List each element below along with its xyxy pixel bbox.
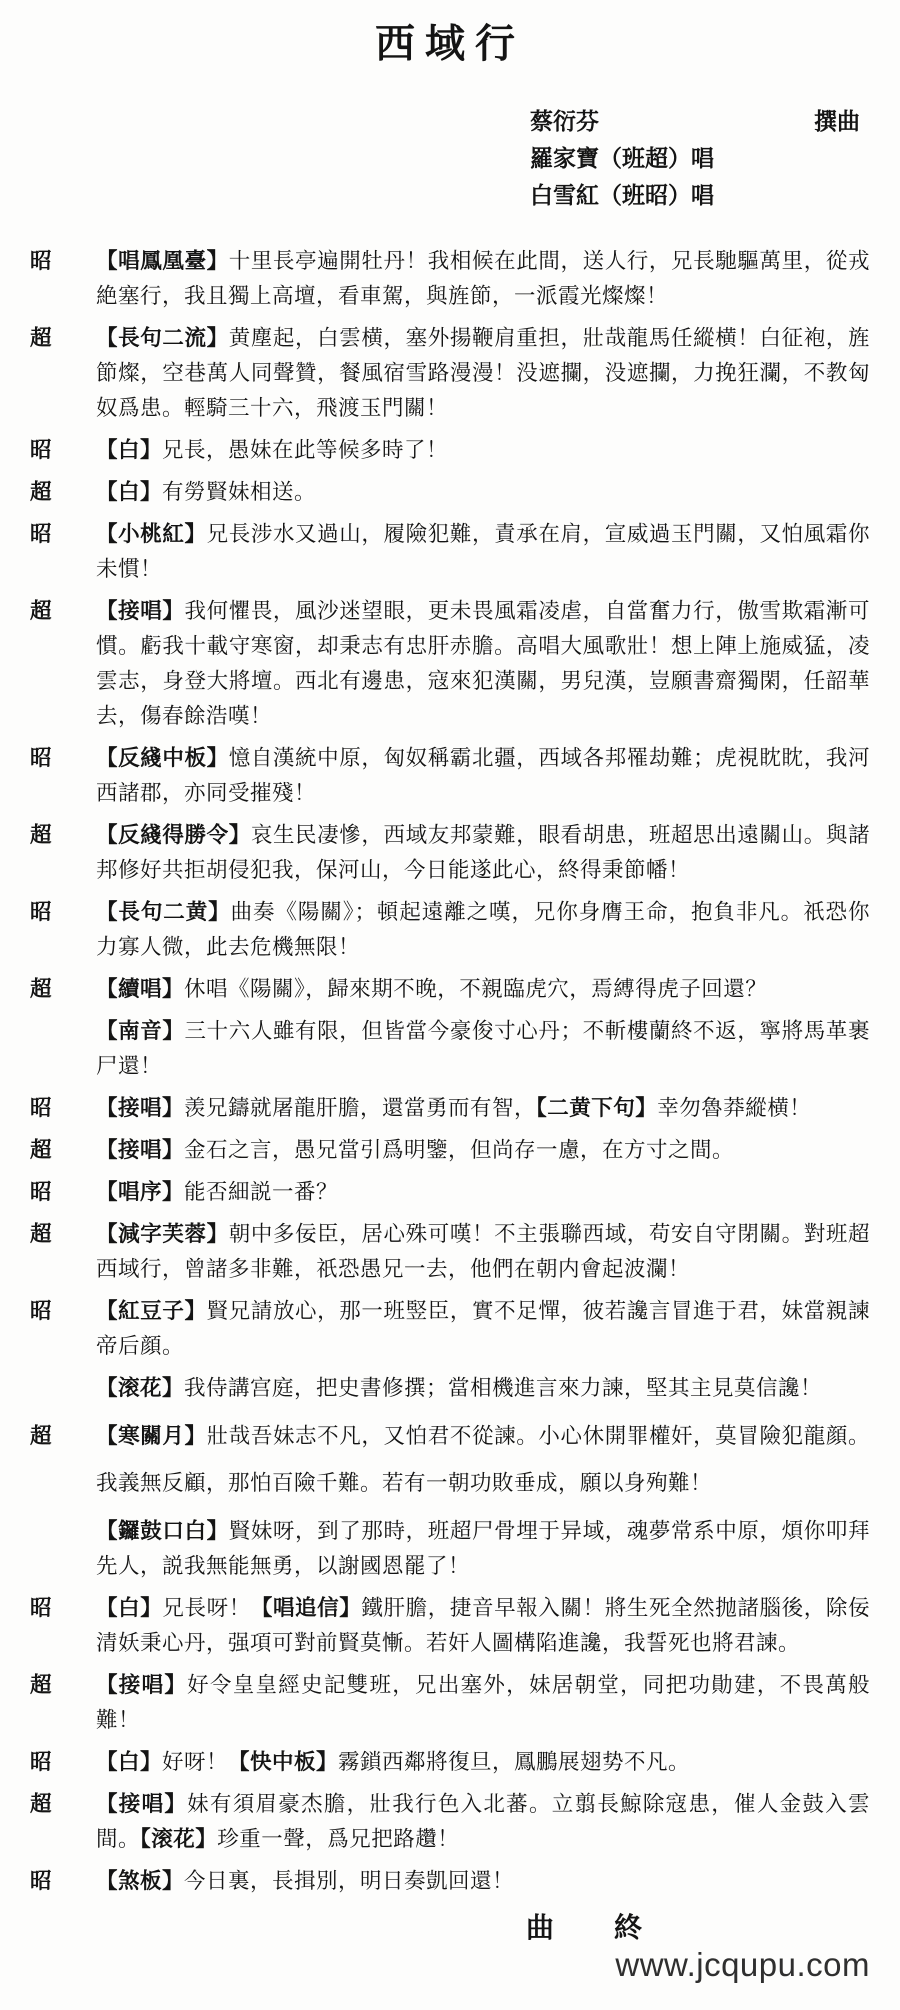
footer: 曲 終 www.jcqupu.com — [30, 1906, 870, 1984]
speaker-label: 昭 — [30, 741, 96, 776]
singer-2-role: 唱 — [691, 177, 714, 214]
script-line: 超【減字芙蓉】朝中多佞臣，居心殊可嘆！不主張聯西域，苟安自守閉關。對班超西域行，… — [30, 1217, 870, 1287]
speaker-label: 昭 — [30, 1294, 96, 1329]
credit-singer-1: 羅家寶（班超） 唱 — [530, 140, 860, 177]
line-text: 【接唱】好令皇皇經史記雙班，兄出塞外，妹居朝堂，同把功勛建，不畏萬般難！ — [96, 1668, 870, 1738]
script-line: 昭【紅豆子】賢兄請放心，那一班竪臣，實不足憚，彼若讒言冒進于君，妹當親諫帝后顔。 — [30, 1294, 870, 1364]
credit-singer-2: 白雪紅（班昭） 唱 — [530, 177, 860, 214]
line-text: 【接唱】羡兄鑄就屠龍肝膽，還當勇而有智，【二黄下句】幸勿魯莽縱横！ — [96, 1091, 870, 1126]
speaker-label: 昭 — [30, 517, 96, 552]
speaker-label: 超 — [30, 1217, 96, 1252]
tune-label: 【長句二流】 — [96, 326, 229, 350]
composer-name: 蔡衍芬 — [530, 103, 599, 140]
tune-label: 【唱追信】 — [251, 1596, 362, 1620]
script-line: 【南音】三十六人雖有限，但皆當今豪俊寸心丹；不斬樓蘭終不返，寧將馬革裹尸還！ — [30, 1014, 870, 1084]
tune-label: 【小桃紅】 — [96, 522, 207, 546]
tune-label: 【接唱】 — [96, 1138, 184, 1162]
speaker-label: 昭 — [30, 433, 96, 468]
tune-label: 【寒關月】 — [96, 1424, 207, 1448]
credits-block: 蔡衍芬 撰曲 羅家寶（班超） 唱 白雪紅（班昭） 唱 — [530, 103, 860, 214]
tune-label: 【長句二黄】 — [96, 900, 231, 924]
speaker-label: 超 — [30, 818, 96, 853]
line-text: 【續唱】休唱《陽關》，歸來期不晚，不親臨虎穴，焉縛得虎子回還？ — [96, 972, 870, 1007]
tune-label: 【反綫得勝令】 — [96, 823, 251, 847]
speaker-label: 超 — [30, 475, 96, 510]
line-text: 【長句二黄】曲奏《陽關》；頓起遠離之嘆，兄你身膺王命，抱負非凡。祇恐你力寡人微，… — [96, 895, 870, 965]
singer-1-role: 唱 — [691, 140, 714, 177]
tune-label: 【接唱】 — [96, 1096, 184, 1120]
line-text: 【減字芙蓉】朝中多佞臣，居心殊可嘆！不主張聯西域，苟安自守閉關。對班超西域行，曾… — [96, 1217, 870, 1287]
site-watermark: www.jcqupu.com — [30, 1946, 870, 1984]
line-text: 【接唱】金石之言，愚兄當引爲明鑒，但尚存一慮，在方寸之間。 — [96, 1133, 870, 1168]
script-line: 昭【唱鳳凰臺】十里長亭遍開牡丹！我相候在此間，送人行，兄長馳驅萬里，從戎絶塞行，… — [30, 244, 870, 314]
tune-label: 【唱序】 — [96, 1180, 184, 1204]
singer-2-name: 白雪紅（班昭） — [530, 177, 691, 214]
line-text: 【長句二流】黄塵起，白雲横，塞外揚鞭肩重担，壯哉龍馬任縱横！白征袍，旌節燦，空巷… — [96, 321, 870, 426]
script-line: 昭【煞板】今日裏，長揖別，明日奏凱回還！ — [30, 1864, 870, 1899]
line-text: 【白】兄長呀！【唱追信】鐵肝膽，捷音早報入關！將生死全然抛諸腦後，除佞清妖秉心丹… — [96, 1591, 870, 1661]
speaker-label: 超 — [30, 1413, 96, 1460]
tune-label: 【紅豆子】 — [96, 1299, 207, 1323]
tune-label: 【滚花】 — [140, 1827, 217, 1851]
speaker-label: 昭 — [30, 1091, 96, 1126]
speaker-label: 昭 — [30, 1864, 96, 1899]
line-text: 【接唱】妹有須眉豪杰膽，壯我行色入北蕃。立翦長鯨除寇患，催人金鼓入雲間。【滚花】… — [96, 1787, 870, 1857]
speaker-label: 昭 — [30, 1591, 96, 1626]
tune-label: 【續唱】 — [96, 977, 184, 1001]
singer-1-name: 羅家寶（班超） — [530, 140, 691, 177]
tune-label: 【滚花】 — [96, 1376, 184, 1400]
speaker-label: 超 — [30, 594, 96, 629]
line-text: 【紅豆子】賢兄請放心，那一班竪臣，實不足憚，彼若讒言冒進于君，妹當親諫帝后顔。 — [96, 1294, 870, 1364]
script-line: 【鑼鼓口白】賢妹呀，到了那時，班超尸骨埋于异域，魂夢常系中原，煩你叩拜先人，説我… — [30, 1514, 870, 1584]
script-line: 超【接唱】妹有須眉豪杰膽，壯我行色入北蕃。立翦長鯨除寇患，催人金鼓入雲間。【滚花… — [30, 1787, 870, 1857]
tune-label: 【南音】 — [96, 1019, 184, 1043]
line-text: 【白】有勞賢妹相送。 — [96, 475, 870, 510]
script-line: 超【寒關月】壯哉吾妹志不凡，又怕君不從諫。小心休開罪權奸，莫冒險犯龍顔。我義無反… — [30, 1413, 870, 1507]
tune-label: 【接唱】 — [96, 1673, 187, 1697]
line-text: 【滚花】我侍講宫庭，把史書修撰；當相機進言來力諫，堅其主見莫信讒！ — [96, 1371, 870, 1406]
script-line: 【滚花】我侍講宫庭，把史書修撰；當相機進言來力諫，堅其主見莫信讒！ — [30, 1371, 870, 1406]
line-text: 【白】好呀！【快中板】霧鎖西鄰將復旦，鳳鵬展翅势不凡。 — [96, 1745, 870, 1780]
line-text: 【南音】三十六人雖有限，但皆當今豪俊寸心丹；不斬樓蘭終不返，寧將馬革裹尸還！ — [96, 1014, 870, 1084]
speaker-label: 昭 — [30, 1745, 96, 1780]
speaker-label: 昭 — [30, 244, 96, 279]
script-line: 超【接唱】我何懼畏，風沙迷望眼，更未畏風霜凌虐，自當奮力行，傲雪欺霜漸可慣。虧我… — [30, 594, 870, 734]
score-page: 西域行 蔡衍芬 撰曲 羅家寶（班超） 唱 白雪紅（班昭） 唱 昭【唱鳳凰臺】十里… — [0, 0, 900, 2010]
speaker-label: 超 — [30, 1133, 96, 1168]
script-line: 昭【白】好呀！【快中板】霧鎖西鄰將復旦，鳳鵬展翅势不凡。 — [30, 1745, 870, 1780]
script-line: 超【接唱】好令皇皇經史記雙班，兄出塞外，妹居朝堂，同把功勛建，不畏萬般難！ — [30, 1668, 870, 1738]
tune-label: 【鑼鼓口白】 — [96, 1519, 229, 1543]
speaker-label: 昭 — [30, 895, 96, 930]
end-mark: 曲 終 — [30, 1906, 658, 1946]
line-text: 【唱序】能否細説一番？ — [96, 1175, 870, 1210]
line-text: 【寒關月】壯哉吾妹志不凡，又怕君不從諫。小心休開罪權奸，莫冒險犯龍顔。我義無反顧… — [96, 1413, 870, 1507]
script-line: 超【續唱】休唱《陽關》，歸來期不晚，不親臨虎穴，焉縛得虎子回還？ — [30, 972, 870, 1007]
line-text: 【接唱】我何懼畏，風沙迷望眼，更未畏風霜凌虐，自當奮力行，傲雪欺霜漸可慣。虧我十… — [96, 594, 870, 734]
page-title: 西域行 — [30, 12, 870, 69]
script-line: 昭【唱序】能否細説一番？ — [30, 1175, 870, 1210]
speaker-label: 昭 — [30, 1175, 96, 1210]
credit-composer: 蔡衍芬 撰曲 — [530, 103, 860, 140]
line-text: 【反綫得勝令】哀生民凄慘，西域友邦蒙難，眼看胡患，班超思出遠關山。與諸邦修好共拒… — [96, 818, 870, 888]
script-line: 超【白】有勞賢妹相送。 — [30, 475, 870, 510]
tune-label: 【接唱】 — [96, 1792, 187, 1816]
line-text: 【反綫中板】憶自漢統中原，匈奴稱霸北疆，西域各邦罹劫難；虎視眈眈，我河西諸郡，亦… — [96, 741, 870, 811]
speaker-label: 超 — [30, 321, 96, 356]
lyrics-body: 昭【唱鳳凰臺】十里長亭遍開牡丹！我相候在此間，送人行，兄長馳驅萬里，從戎絶塞行，… — [30, 244, 870, 1906]
tune-label: 【反綫中板】 — [96, 746, 229, 770]
script-line: 昭【小桃紅】兄長涉水又過山，履險犯難，責承在肩，宣威過玉門關，又怕風霜你未慣！ — [30, 517, 870, 587]
script-line: 超【長句二流】黄塵起，白雲横，塞外揚鞭肩重担，壯哉龍馬任縱横！白征袍，旌節燦，空… — [30, 321, 870, 426]
script-line: 超【反綫得勝令】哀生民凄慘，西域友邦蒙難，眼看胡患，班超思出遠關山。與諸邦修好共… — [30, 818, 870, 888]
script-line: 昭【反綫中板】憶自漢統中原，匈奴稱霸北疆，西域各邦罹劫難；虎視眈眈，我河西諸郡，… — [30, 741, 870, 811]
tune-label: 【煞板】 — [96, 1869, 184, 1893]
script-line: 昭【接唱】羡兄鑄就屠龍肝膽，還當勇而有智，【二黄下句】幸勿魯莽縱横！ — [30, 1091, 870, 1126]
script-line: 超【接唱】金石之言，愚兄當引爲明鑒，但尚存一慮，在方寸之間。 — [30, 1133, 870, 1168]
script-line: 昭【白】兄長呀！【唱追信】鐵肝膽，捷音早報入關！將生死全然抛諸腦後，除佞清妖秉心… — [30, 1591, 870, 1661]
line-text: 【鑼鼓口白】賢妹呀，到了那時，班超尸骨埋于异域，魂夢常系中原，煩你叩拜先人，説我… — [96, 1514, 870, 1584]
script-line: 昭【長句二黄】曲奏《陽關》；頓起遠離之嘆，兄你身膺王命，抱負非凡。祇恐你力寡人微… — [30, 895, 870, 965]
line-text: 【唱鳳凰臺】十里長亭遍開牡丹！我相候在此間，送人行，兄長馳驅萬里，從戎絶塞行，我… — [96, 244, 870, 314]
tune-label: 【白】 — [96, 438, 162, 462]
credit-gap — [599, 103, 814, 140]
line-text: 【白】兄長，愚妹在此等候多時了！ — [96, 433, 870, 468]
tune-label: 【白】 — [96, 1596, 162, 1620]
tune-label: 【唱鳳凰臺】 — [96, 249, 229, 273]
speaker-label: 超 — [30, 1787, 96, 1822]
tune-label: 【白】 — [96, 1750, 162, 1774]
speaker-label: 超 — [30, 1668, 96, 1703]
line-text: 【小桃紅】兄長涉水又過山，履險犯難，責承在肩，宣威過玉門關，又怕風霜你未慣！ — [96, 517, 870, 587]
composer-role: 撰曲 — [814, 103, 860, 140]
tune-label: 【二黄下句】 — [536, 1096, 657, 1120]
tune-label: 【接唱】 — [96, 599, 184, 623]
tune-label: 【白】 — [96, 480, 162, 504]
speaker-label: 超 — [30, 972, 96, 1007]
line-text: 【煞板】今日裏，長揖別，明日奏凱回還！ — [96, 1864, 870, 1899]
script-line: 昭【白】兄長，愚妹在此等候多時了！ — [30, 433, 870, 468]
tune-label: 【快中板】 — [228, 1750, 338, 1774]
tune-label: 【減字芙蓉】 — [96, 1222, 229, 1246]
